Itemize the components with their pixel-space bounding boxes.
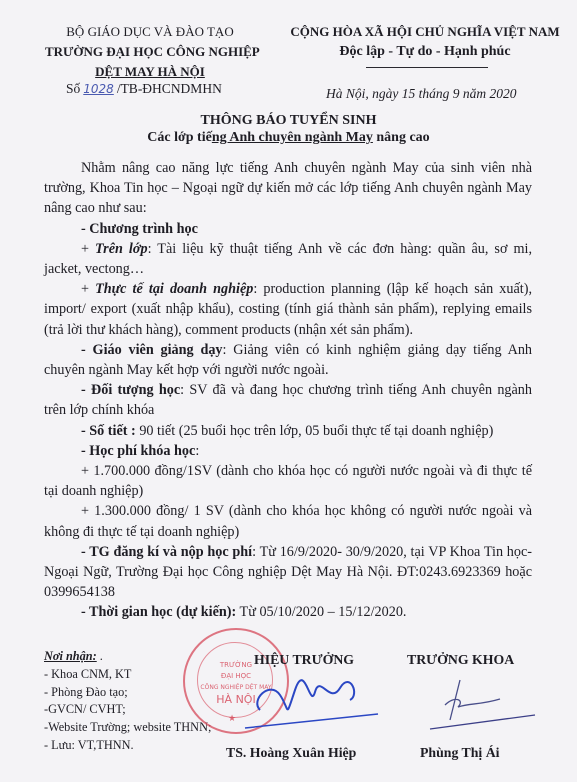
dean-signature [420,675,540,730]
ministry-name: BỘ GIÁO DỤC VÀ ĐÀO TẠO [45,22,255,42]
practice-item: + Thực tế tại doanh nghiệp: production p… [44,279,532,340]
national-header: CỘNG HÒA XÃ HỘI CHỦ NGHĨA VIỆT NAM Độc l… [290,22,560,62]
periods-item: - Số tiết : 90 tiết (25 buổi học trên lớ… [44,421,532,441]
teacher-item: - Giáo viên giảng dạy: Giảng viên có kin… [44,340,532,380]
document-page: BỘ GIÁO DỤC VÀ ĐÀO TẠO TRƯỜNG ĐẠI HỌC CÔ… [0,0,577,782]
nation-name: CỘNG HÒA XÃ HỘI CHỦ NGHĨA VIỆT NAM [290,22,560,42]
national-motto: Độc lập - Tự do - Hạnh phúc [290,42,560,62]
schedule-item: - Thời gian học (dự kiến): Từ 05/10/2020… [44,602,532,622]
fee-option-2: + 1.300.000 đồng/ 1 SV (dành cho khóa họ… [44,501,532,541]
fee-option-1: + 1.700.000 đồng/1SV (dành cho khóa học … [44,461,532,501]
recipient-item: -Website Trường; website THNN; [44,719,211,737]
recipients-heading: Nơi nhận: [44,649,97,663]
recipient-item: - Lưu: VT,THNN. [44,737,211,755]
intro-paragraph: Nhằm nâng cao năng lực tiếng Anh chuyên … [44,158,532,219]
document-title: THÔNG BÁO TUYỂN SINH [0,113,577,129]
issue-date: Hà Nội, ngày 15 tháng 9 năm 2020 [326,86,517,102]
motto-underline [366,67,488,68]
onclass-item: + Trên lớp: Tài liệu kỹ thuật tiếng Anh … [44,239,532,279]
school-name-line1: TRƯỜNG ĐẠI HỌC CÔNG NGHIỆP [45,42,255,62]
school-name-line2: DỆT MAY HÀ NỘI [45,62,255,82]
dean-name: Phùng Thị Ái [420,745,500,761]
target-item: - Đối tượng học: SV đã và đang học chươn… [44,380,532,420]
document-number: Số1028/TB-ĐHCNDMHN [66,81,222,97]
rector-name: TS. Hoàng Xuân Hiệp [226,745,356,761]
program-heading: - Chương trình học [44,219,532,239]
dean-title: TRƯỞNG KHOA [407,652,514,668]
announcement-body: Nhằm nâng cao năng lực tiếng Anh chuyên … [44,158,532,623]
star-icon: ★ [228,713,236,724]
registration-item: - TG đăng kí và nộp học phí: Từ 16/9/202… [44,542,532,603]
issuer-header: BỘ GIÁO DỤC VÀ ĐÀO TẠO TRƯỜNG ĐẠI HỌC CÔ… [45,22,255,82]
fee-heading: - Học phí khóa học: [44,441,532,461]
handwritten-number: 1028 [80,82,117,96]
document-subtitle: Các lớp tiếng Anh chuyên ngành May nâng … [0,130,577,146]
